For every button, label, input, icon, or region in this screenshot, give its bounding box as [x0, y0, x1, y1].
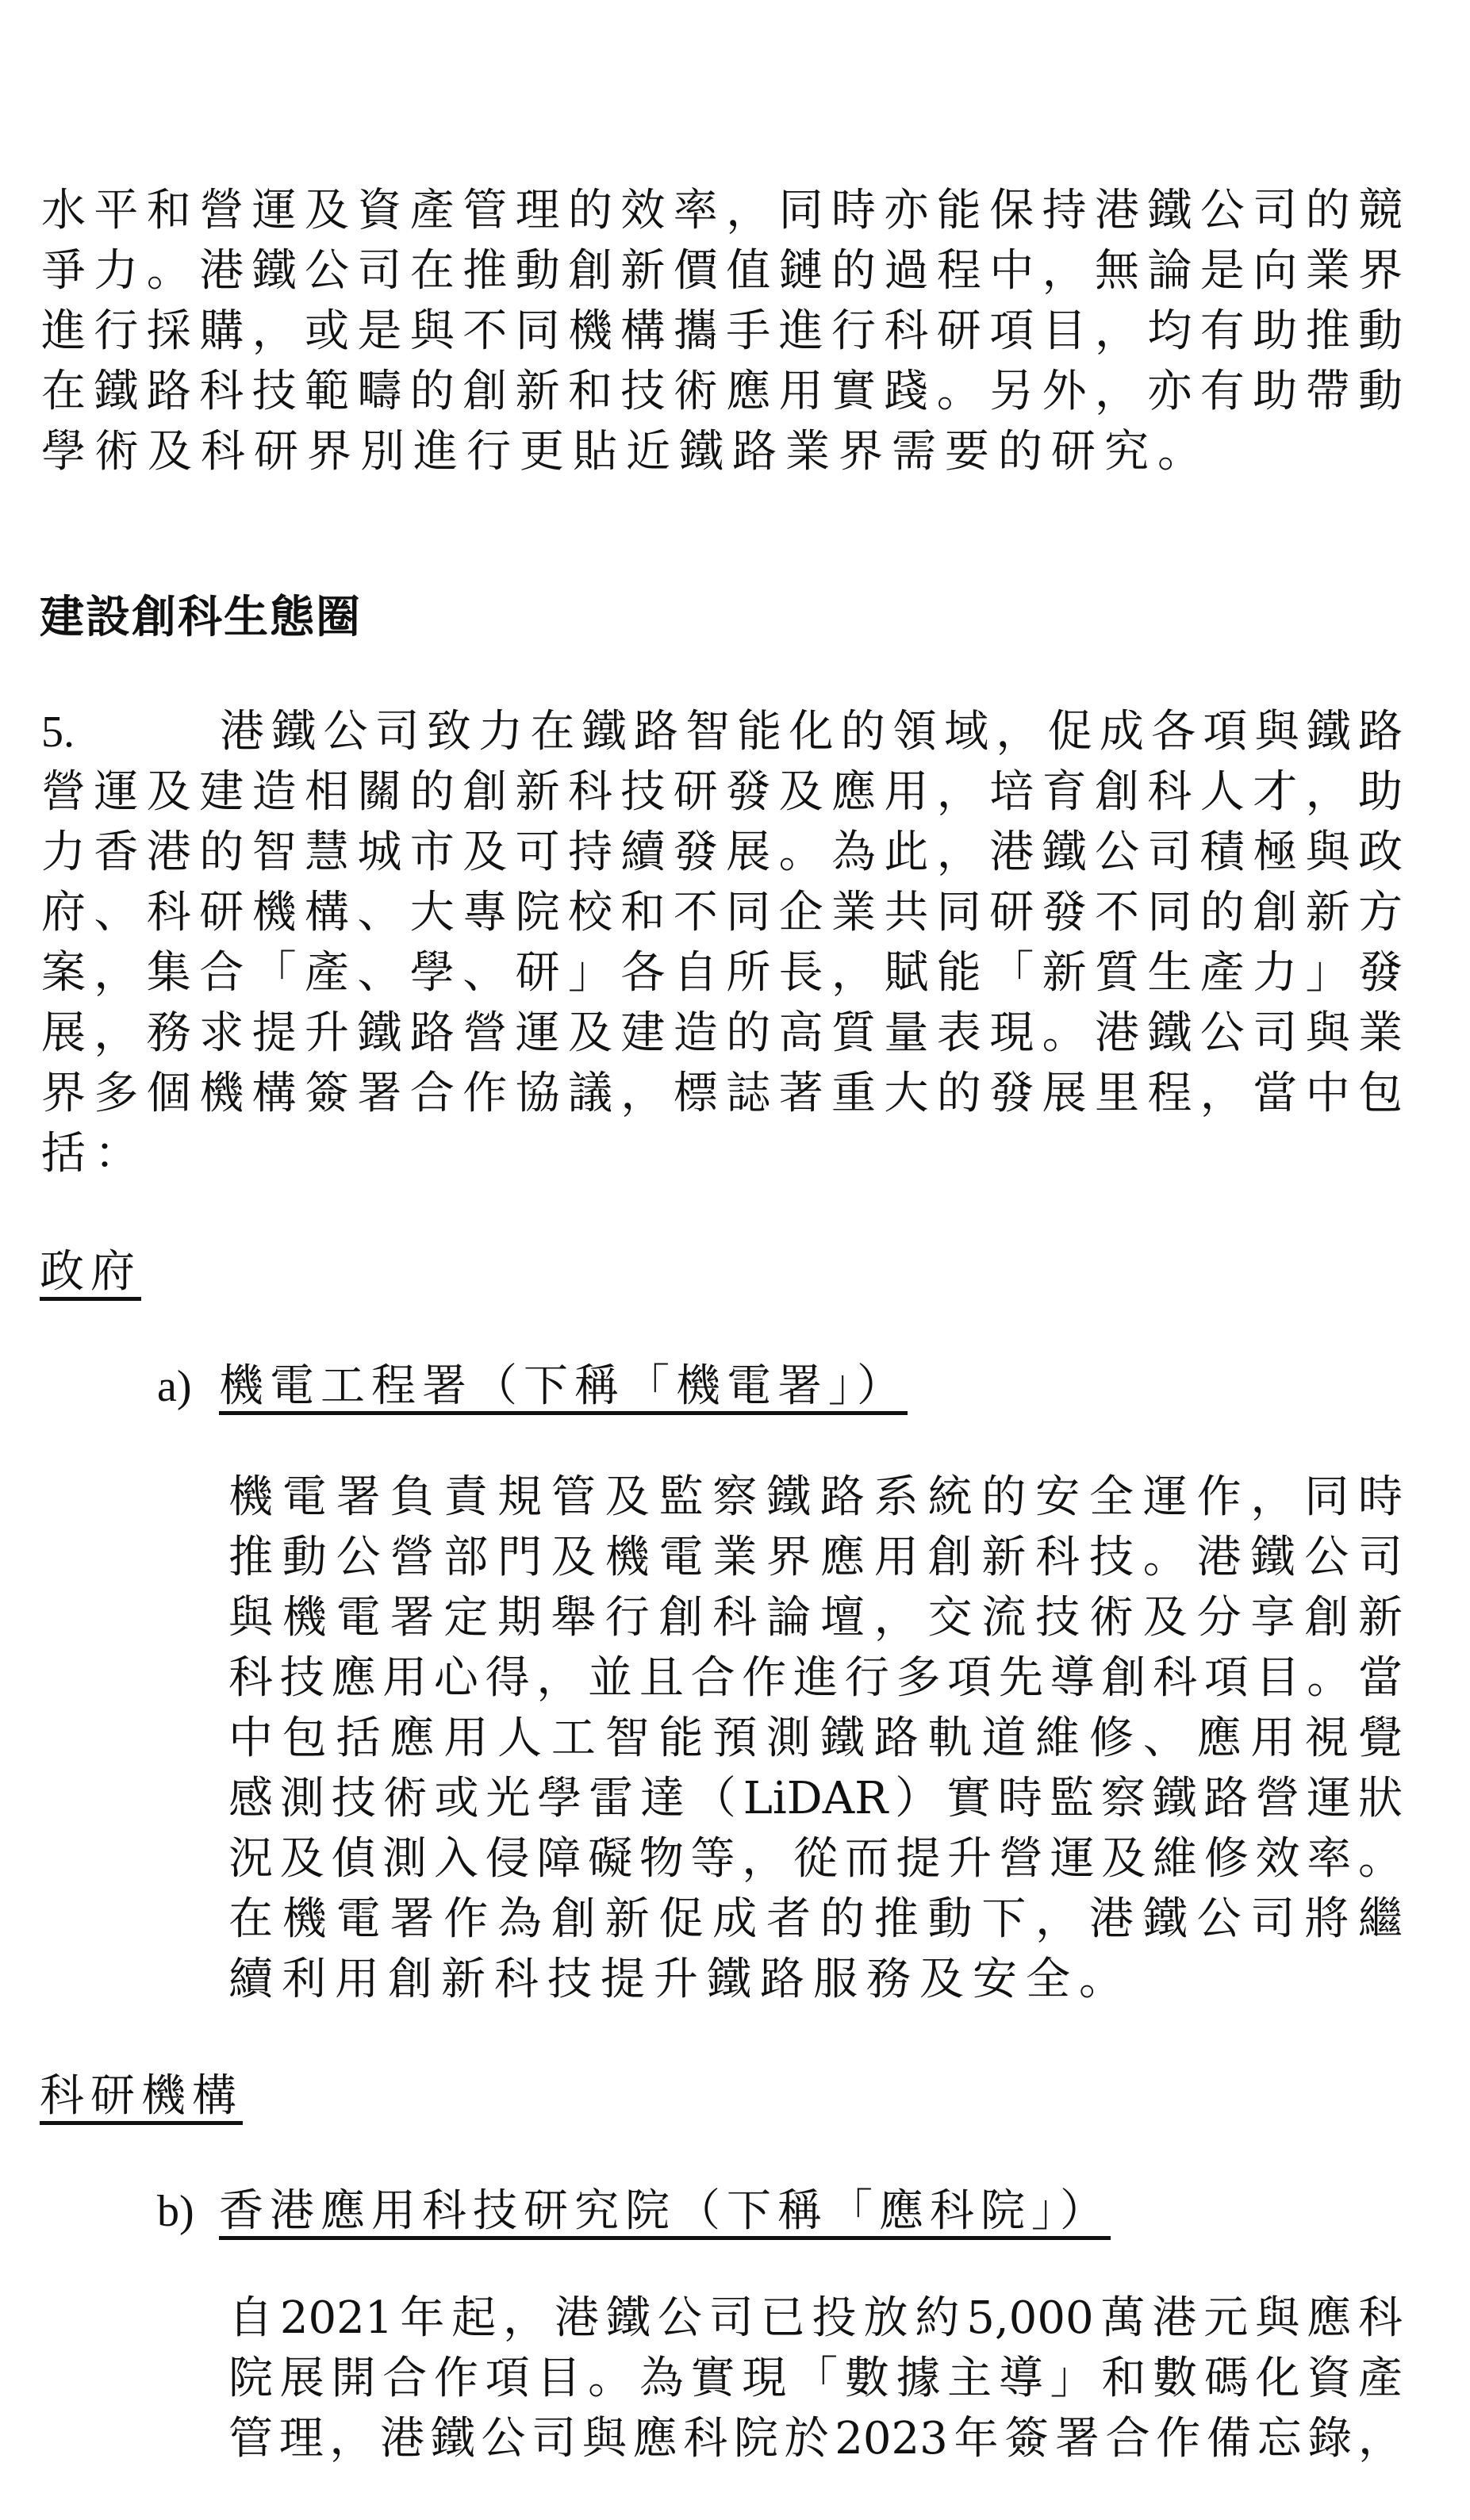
text-line: 感測技術或光學雷達（LiDAR）實時監察鐵路營運狀: [228, 1769, 1403, 1829]
text-line: 括：: [41, 1124, 1403, 1184]
subsection-title-research: 科研機構: [40, 2066, 243, 2127]
underlined-title: 科研機構: [40, 2072, 243, 2125]
text-line: 況及偵測入侵障礙物等，從而提升營運及維修效率。: [228, 1829, 1403, 1889]
paragraph-first-line: 5. 港鐵公司致力在鐵路智能化的領域，促成各項與鐵路: [41, 702, 1403, 762]
item-b-body: 自2021年起，港鐵公司已投放約5,000萬港元與應科 院展開合作項目。為實現「…: [228, 2288, 1403, 2469]
item-marker: b): [157, 2181, 219, 2242]
underlined-title: 香港應用科技研究院（下稱「應科院」）: [219, 2187, 1111, 2240]
text-line: 推動公營部門及機電業界應用創新科技。港鐵公司: [228, 1528, 1403, 1588]
text-line: 管理，港鐵公司與應科院於2023年簽署合作備忘錄，: [228, 2409, 1403, 2469]
text-line: 學術及科研界別進行更貼近鐵路業界需要的研究。: [41, 422, 1403, 482]
text-line: 進行採購，或是與不同機構攜手進行科研項目，均有助推動: [41, 301, 1403, 362]
intro-paragraph: 水平和營運及資產管理的效率，同時亦能保持港鐵公司的競 爭力。港鐵公司在推動創新價…: [41, 181, 1403, 482]
item-a-body: 機電署負責規管及監察鐵路系統的安全運作，同時 推動公營部門及機電業界應用創新科技…: [228, 1467, 1403, 2010]
text-line: 院展開合作項目。為實現「數據主導」和數碼化資產: [228, 2349, 1403, 2409]
text-line: 案，集合「產、學、研」各自所長，賦能「新質生產力」發: [41, 943, 1403, 1003]
item-title: 機電工程署（下稱「機電署」）: [219, 1362, 908, 1415]
section-heading: 建設創科生態圈: [40, 587, 362, 647]
text-line: 展，務求提升鐵路營運及建造的高質量表現。港鐵公司與業: [41, 1003, 1403, 1064]
item-b-heading: b) 香港應用科技研究院（下稱「應科院」）: [157, 2181, 1111, 2242]
text-line: 機電署負責規管及監察鐵路系統的安全運作，同時: [228, 1467, 1403, 1528]
text-line: 營運及建造相關的創新科技研發及應用，培育創科人才，助: [41, 762, 1403, 823]
item-marker: a): [157, 1356, 219, 1417]
text-line: 科技應用心得，並且合作進行多項先導創科項目。當: [228, 1648, 1403, 1709]
paragraph-number: 5.: [41, 702, 220, 762]
paragraph-5: 5. 港鐵公司致力在鐵路智能化的領域，促成各項與鐵路 營運及建造相關的創新科技研…: [41, 702, 1403, 1184]
text-line: 在機電署作為創新促成者的推動下，港鐵公司將繼: [228, 1889, 1403, 1950]
text-line: 與機電署定期舉行創科論壇，交流技術及分享創新: [228, 1588, 1403, 1648]
text-line: 界多個機構簽署合作協議，標誌著重大的發展里程，當中包: [41, 1064, 1403, 1124]
text-line: 府、科研機構、大專院校和不同企業共同研發不同的創新方: [41, 883, 1403, 943]
text-line: 在鐵路科技範疇的創新和技術應用實踐。另外，亦有助帶動: [41, 362, 1403, 422]
text-line: 水平和營運及資產管理的效率，同時亦能保持港鐵公司的競: [41, 181, 1403, 241]
underlined-title: 機電工程署（下稱「機電署」）: [219, 1362, 908, 1415]
text-line: 力香港的智慧城市及可持續發展。為此，港鐵公司積極與政: [41, 823, 1403, 883]
text-line: 續利用創新科技提升鐵路服務及安全。: [228, 1950, 1403, 2010]
text-line: 港鐵公司致力在鐵路智能化的領域，促成各項與鐵路: [220, 702, 1403, 762]
subsection-title-government: 政府: [40, 1242, 141, 1302]
item-title: 香港應用科技研究院（下稱「應科院」）: [219, 2187, 1111, 2240]
item-a-heading: a) 機電工程署（下稱「機電署」）: [157, 1356, 908, 1417]
text-line: 爭力。港鐵公司在推動創新價值鏈的過程中，無論是向業界: [41, 241, 1403, 301]
underlined-title: 政府: [40, 1248, 141, 1301]
text-line: 中包括應用人工智能預測鐵路軌道維修、應用視覺: [228, 1709, 1403, 1769]
text-line: 自2021年起，港鐵公司已投放約5,000萬港元與應科: [228, 2288, 1403, 2349]
